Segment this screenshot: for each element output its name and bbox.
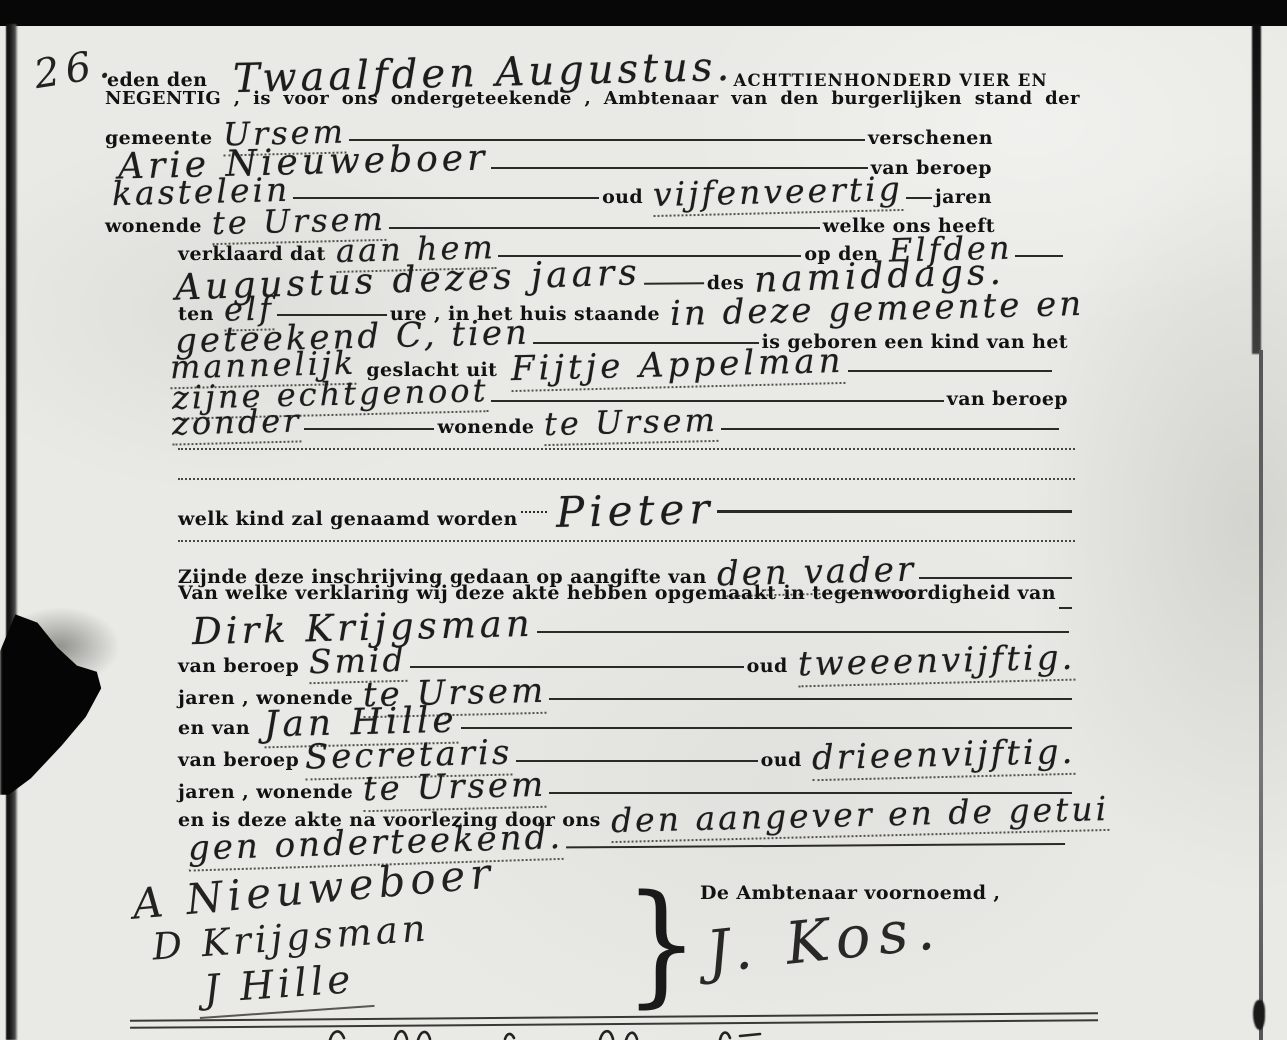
signature-brace: } <box>624 866 702 1021</box>
rule-line <box>491 167 867 169</box>
dotted-leader <box>521 511 547 513</box>
signature-witness2: J Hille <box>196 956 374 1019</box>
rule-line <box>906 197 932 199</box>
handwritten-mother-beroep: zonder <box>172 401 302 445</box>
printed-verklaring: Van welke verklaring wij deze akte hebbe… <box>178 582 1056 604</box>
scan-gutter-line-lower <box>1259 350 1263 1040</box>
line-witness2-beroep: van beroep Secretaris oud drieenvijftig. <box>178 735 1075 769</box>
line-child-name: welk kind zal genaamd worden Pieter <box>178 486 1075 520</box>
printed-ambtenaar-voornoemd: De Ambtenaar voornoemd , <box>700 882 1000 904</box>
line-aangifte: Zijnde deze inschrijving gedaan op aangi… <box>178 552 1075 586</box>
next-entry-partial-strokes <box>300 1026 770 1040</box>
printed-wonende-mother: wonende <box>437 416 534 438</box>
rule-line <box>717 510 1072 513</box>
rule-line <box>848 370 1052 372</box>
line-declarant-beroep-age: kastelein oud vijfenveertig jaren <box>112 172 992 206</box>
rule-line <box>919 577 1072 579</box>
signature-officiant: J. Kos. <box>703 894 945 986</box>
rule-line <box>491 400 943 402</box>
rule-line <box>566 843 1065 848</box>
birth-certificate-scan: 26. H eden den Twaalfden Augustus. ACHTT… <box>0 0 1287 1040</box>
line-sex-mother: mannelijk geslacht uit Fijtje Appelman <box>170 345 1055 379</box>
line-witness1-name: Dirk Krijgsman <box>192 606 1072 640</box>
line-witness1-beroep: van beroep Smid oud tweeenvijftig. <box>178 641 1075 675</box>
rule-line <box>461 727 1072 729</box>
rule-line <box>293 197 599 199</box>
line-onderteekend: gen onderteekend. <box>188 818 1068 858</box>
scan-top-black-band <box>0 0 1287 26</box>
handwritten-mother-residence: te Ursem <box>544 401 719 446</box>
dotted-guide-line <box>178 448 1075 450</box>
rule-line <box>410 666 744 668</box>
rule-line <box>549 698 1072 700</box>
handwritten-child-name: Pieter <box>555 484 715 537</box>
line-mother-residence: zonder wonende te Ursem <box>172 403 1062 437</box>
printed-negentig-line: NEGENTIG , is voor ons ondergeteekende ,… <box>105 88 1080 109</box>
printed-welk-kind: welk kind zal genaamd worden <box>178 508 518 530</box>
scan-left-edge-strip <box>6 24 18 1040</box>
rule-line <box>516 760 758 762</box>
dotted-guide-line <box>178 478 1075 480</box>
rule-line <box>721 428 1059 430</box>
rule-line <box>537 631 1069 633</box>
scan-gutter-line-upper <box>1252 24 1261 354</box>
line-opening: H eden den Twaalfden Augustus. ACHTTIENH… <box>105 50 997 84</box>
rule-line <box>304 428 434 430</box>
line-witness2-name: en van Jan Hille <box>178 702 1075 736</box>
dotted-guide-line <box>178 540 1075 542</box>
scan-gutter-blob <box>1253 1000 1265 1030</box>
rule-line <box>644 282 704 285</box>
